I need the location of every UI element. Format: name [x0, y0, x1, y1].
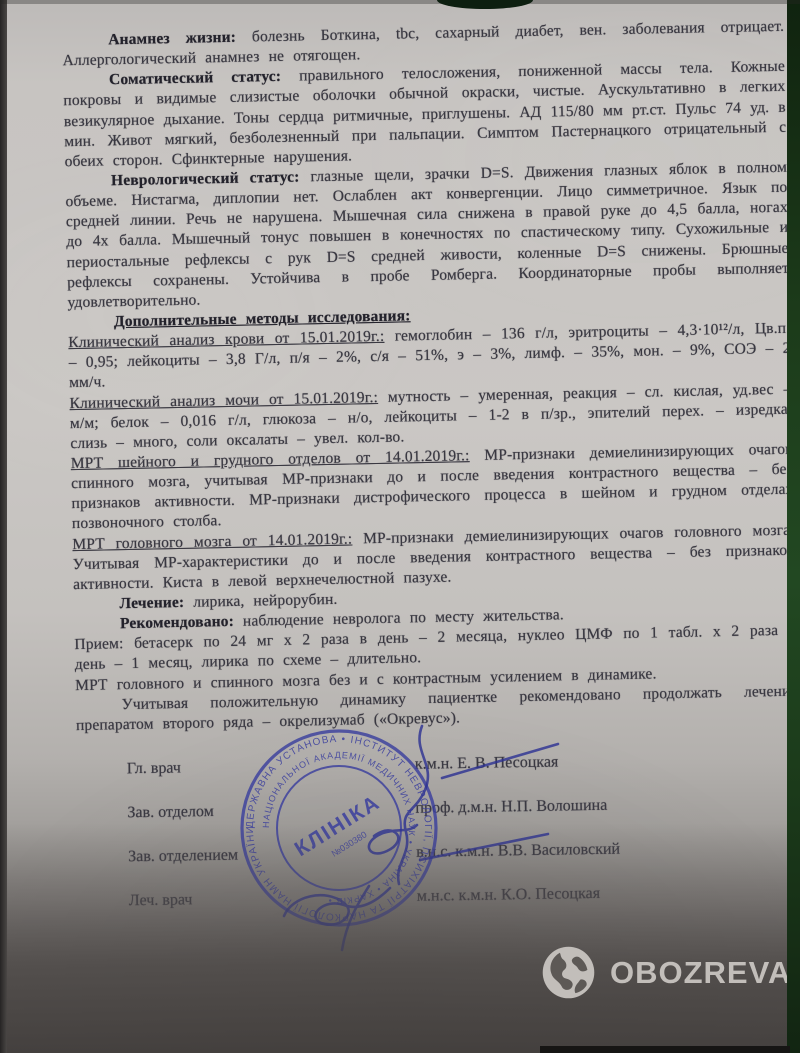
stamp-svg: ДЕРЖАВНА УСТАНОВА • ІНСТИТУТ НЕВРОЛОГІЇ,… — [226, 718, 571, 963]
paragraph-heading: Анамнез жизни: — [108, 29, 236, 49]
doc-paragraph: МРТ шейного и грудного отделов от 14.01.… — [71, 440, 794, 535]
watermark-label: OBOZREVATEL — [610, 955, 800, 991]
doc-paragraph: Неврологический статус: глазные щели, зр… — [65, 158, 790, 313]
paragraph-heading: Рекомендовано: — [120, 613, 234, 632]
clinic-stamp: ДЕРЖАВНА УСТАНОВА • ІНСТИТУТ НЕВРОЛОГІЇ,… — [226, 718, 571, 963]
photo-top-edge — [0, 0, 800, 4]
paragraph-heading: Клинический анализ крови от 15.01.2019г.… — [68, 328, 384, 351]
paragraph-heading: Неврологический статус: — [111, 168, 300, 189]
background-object — [437, 0, 533, 9]
paragraph-heading: Соматический статус: — [109, 68, 281, 88]
doc-paragraph: Соматический статус: правильного телосло… — [63, 57, 787, 172]
photo-left-edge — [0, 0, 7, 1053]
photo-bottom-edge — [540, 1046, 790, 1053]
globe-icon — [541, 945, 596, 1000]
paragraph-heading: МРТ головного мозга от 14.01.2019г.: — [72, 530, 352, 553]
watermark: OBOZREVATEL — [541, 945, 800, 1000]
paragraph-heading: Клинический анализ мочи от 15.01.2019г.: — [69, 389, 378, 412]
doc-body: Анамнез жизни: болезнь Боткина, tbc, сах… — [62, 17, 798, 736]
photo-of-document: Анамнез жизни: болезнь Боткина, tbc, сах… — [0, 0, 800, 1053]
paragraph-heading: Лечение: — [119, 594, 184, 612]
green-background-edge — [787, 0, 800, 1053]
